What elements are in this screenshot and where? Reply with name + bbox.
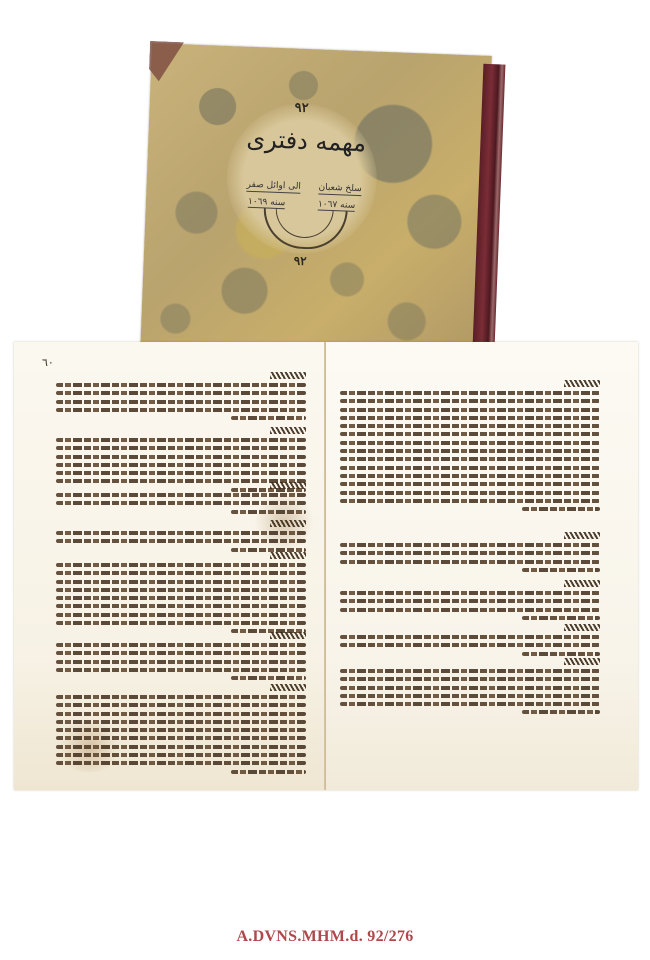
entry-heading bbox=[270, 520, 306, 527]
leather-corner bbox=[149, 41, 185, 82]
entry-heading bbox=[270, 482, 306, 489]
script-line bbox=[56, 703, 306, 707]
script-line bbox=[56, 712, 306, 716]
script-line bbox=[231, 510, 306, 514]
script-line bbox=[231, 548, 306, 552]
script-line bbox=[340, 457, 600, 461]
script-line bbox=[340, 399, 600, 403]
script-line bbox=[56, 651, 306, 655]
script-line bbox=[340, 677, 600, 681]
script-line bbox=[340, 499, 600, 503]
script-line bbox=[56, 745, 306, 749]
cover-register-number-top: ٩٢ bbox=[294, 101, 309, 117]
script-line bbox=[56, 753, 306, 757]
register-entry bbox=[340, 624, 600, 660]
script-line bbox=[56, 446, 306, 450]
script-line bbox=[231, 770, 306, 774]
script-line bbox=[231, 416, 306, 420]
register-entry bbox=[56, 482, 306, 518]
register-entry bbox=[340, 658, 600, 719]
left-page: ٦٠ bbox=[14, 342, 326, 790]
script-line bbox=[56, 455, 306, 459]
entry-heading bbox=[564, 624, 600, 631]
script-line bbox=[340, 643, 600, 647]
script-line bbox=[56, 720, 306, 724]
script-line bbox=[340, 491, 600, 495]
script-line bbox=[340, 560, 600, 564]
page-number: ٦٠ bbox=[42, 356, 54, 369]
script-line bbox=[56, 408, 306, 412]
script-line bbox=[56, 383, 306, 387]
script-line bbox=[56, 736, 306, 740]
cover-title: مهمه دفتری bbox=[236, 124, 377, 157]
register-entry bbox=[340, 532, 600, 576]
script-line bbox=[56, 493, 306, 497]
script-line bbox=[340, 599, 600, 603]
script-line bbox=[522, 568, 600, 572]
entry-heading bbox=[270, 684, 306, 691]
script-line bbox=[340, 449, 600, 453]
script-line bbox=[340, 608, 600, 612]
register-entry bbox=[56, 520, 306, 556]
cover-register-number-bottom: ٩٢ bbox=[293, 254, 306, 268]
book-spine bbox=[472, 64, 505, 361]
script-line bbox=[56, 604, 306, 608]
entry-heading bbox=[564, 380, 600, 387]
script-line bbox=[340, 424, 600, 428]
script-line bbox=[56, 471, 306, 475]
script-line bbox=[340, 391, 600, 395]
script-line bbox=[340, 635, 600, 639]
register-entry bbox=[56, 552, 306, 638]
script-line bbox=[56, 580, 306, 584]
script-line bbox=[340, 416, 600, 420]
entry-heading bbox=[564, 658, 600, 665]
script-line bbox=[56, 501, 306, 505]
script-line bbox=[56, 728, 306, 732]
register-entry bbox=[56, 372, 306, 424]
script-line bbox=[56, 761, 306, 765]
entry-heading bbox=[270, 632, 306, 639]
script-line bbox=[522, 652, 600, 656]
script-line bbox=[56, 463, 306, 467]
script-line bbox=[522, 507, 600, 511]
script-line bbox=[56, 596, 306, 600]
entry-heading bbox=[564, 532, 600, 539]
book-cover-area: ٩٢ مهمه دفتری سلخ شعبان الی اوائل صفر سن… bbox=[0, 0, 650, 345]
script-line bbox=[340, 432, 600, 436]
cover-subline-left: الی اوائل صفر bbox=[246, 180, 301, 194]
entry-heading bbox=[564, 580, 600, 587]
script-line bbox=[56, 613, 306, 617]
script-line bbox=[340, 543, 600, 547]
entry-heading bbox=[270, 372, 306, 379]
register-entry bbox=[340, 580, 600, 624]
script-line bbox=[340, 408, 600, 412]
register-entry bbox=[56, 632, 306, 684]
right-page bbox=[326, 342, 638, 790]
script-line bbox=[231, 676, 306, 680]
marbled-book-cover: ٩٢ مهمه دفتری سلخ شعبان الی اوائل صفر سن… bbox=[140, 43, 491, 361]
script-line bbox=[56, 391, 306, 395]
entry-heading bbox=[270, 427, 306, 434]
script-line bbox=[56, 563, 306, 567]
script-line bbox=[56, 695, 306, 699]
script-line bbox=[56, 588, 306, 592]
script-line bbox=[340, 482, 600, 486]
script-line bbox=[522, 710, 600, 714]
entry-heading bbox=[270, 552, 306, 559]
script-line bbox=[340, 686, 600, 690]
script-line bbox=[56, 621, 306, 625]
script-line bbox=[56, 571, 306, 575]
script-line bbox=[340, 702, 600, 706]
script-line bbox=[56, 539, 306, 543]
script-line bbox=[56, 668, 306, 672]
script-line bbox=[56, 660, 306, 664]
script-line bbox=[340, 591, 600, 595]
script-line bbox=[340, 694, 600, 698]
script-line bbox=[522, 616, 600, 620]
script-line bbox=[56, 643, 306, 647]
register-entry bbox=[340, 380, 600, 515]
script-line bbox=[56, 400, 306, 404]
register-entry bbox=[56, 684, 306, 778]
open-register: ٦٠ bbox=[14, 342, 638, 790]
archive-reference-caption: A.DVNS.MHM.d. 92/276 bbox=[0, 928, 650, 946]
script-line bbox=[340, 466, 600, 470]
script-line bbox=[340, 551, 600, 555]
script-line bbox=[340, 441, 600, 445]
script-line bbox=[56, 531, 306, 535]
cover-subline-right: سلخ شعبان bbox=[318, 183, 362, 197]
script-line bbox=[340, 669, 600, 673]
script-line bbox=[340, 474, 600, 478]
script-line bbox=[56, 438, 306, 442]
